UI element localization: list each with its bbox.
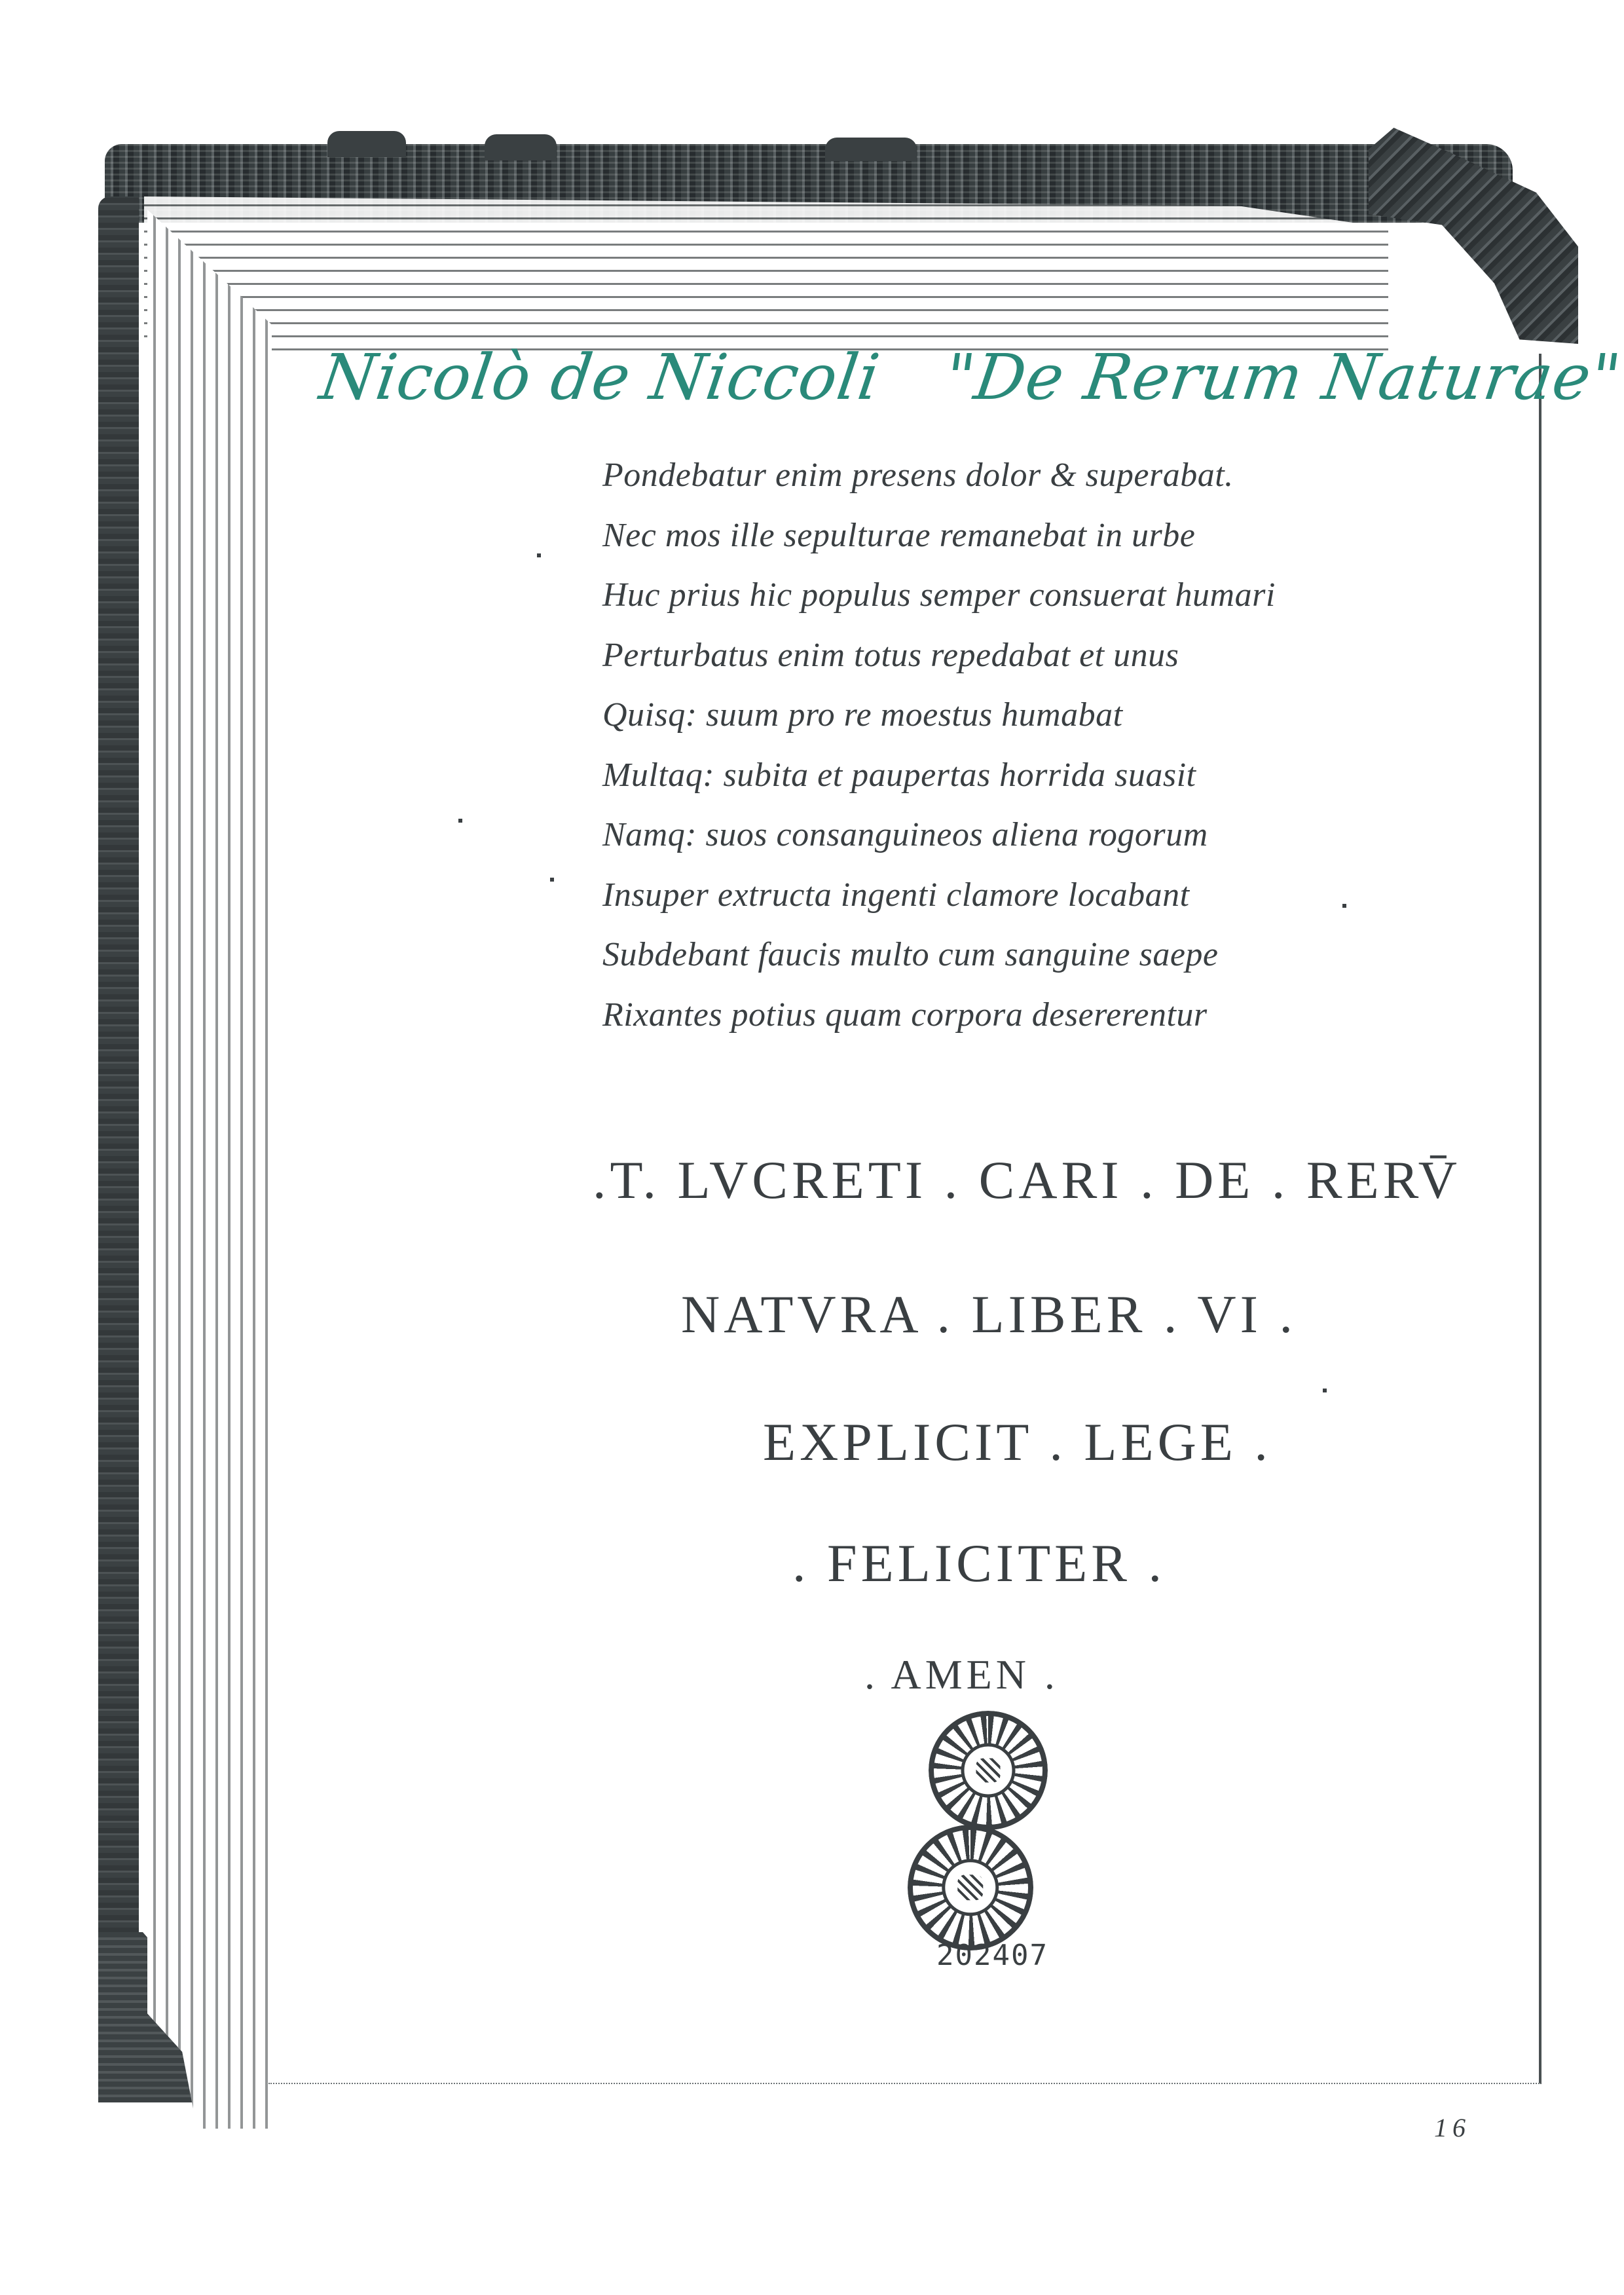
scan-speck xyxy=(537,553,541,557)
verse-line: Multaq: subita et paupertas horrida suas… xyxy=(602,745,1401,806)
verse-line: Perturbatus enim totus repedabat et unus xyxy=(602,625,1401,686)
verse-line: Subdebant faucis multo cum sanguine saep… xyxy=(602,925,1401,985)
explicit-line-explicit: EXPLICIT . LEGE . xyxy=(763,1411,1272,1473)
verse-line: Pondebatur enim presens dolor & superaba… xyxy=(602,445,1401,506)
verse-line: Quisq: suum pro re moestus humabat xyxy=(602,685,1401,745)
library-stamp-icon xyxy=(929,1711,1048,1830)
scan-speck xyxy=(550,878,554,882)
explicit-line-amen: . AMEN . xyxy=(864,1651,1059,1699)
page-number: 16 xyxy=(1434,2112,1471,2143)
cover-wear-bump xyxy=(825,138,917,161)
library-stamp-icon xyxy=(908,1825,1033,1950)
scan-speck xyxy=(1342,904,1346,908)
explicit-line-book: NATVRA . LIBER . VI . xyxy=(681,1284,1297,1345)
manuscript-verse: Pondebatur enim presens dolor & superaba… xyxy=(602,445,1401,1045)
verse-line: Insuper extructa ingenti clamore locaban… xyxy=(602,865,1401,925)
verse-line: Namq: suos consanguineos aliena rogorum xyxy=(602,805,1401,865)
explicit-line-feliciter: . FELICITER . xyxy=(792,1533,1166,1594)
stamp-emblem-icon xyxy=(942,1859,999,1916)
verse-line: Huc prius hic populus semper consuerat h… xyxy=(602,565,1401,625)
annotation-title: "De Rerum Naturae" xyxy=(940,341,1624,414)
verse-line: Rixantes potius quam corpora desererentu… xyxy=(602,985,1401,1045)
cover-wear-bump xyxy=(327,131,406,157)
explicit-line-title: .T. LVCRETI . CARI . DE . RERV̄ xyxy=(593,1149,1461,1211)
book-cover-left-edge xyxy=(98,196,139,1965)
cover-wear-bump xyxy=(485,134,557,160)
handwritten-annotation: Nicolò de Niccoli "De Rerum Naturae" xyxy=(316,341,1624,414)
scan-speck xyxy=(1323,1389,1327,1392)
page-edges-left xyxy=(147,210,272,2129)
stamp-emblem-icon xyxy=(961,1743,1015,1797)
verse-line: Nec mos ille sepulturae remanebat in urb… xyxy=(602,506,1401,566)
page-edges-top xyxy=(144,196,1388,354)
annotation-author: Nicolò de Niccoli xyxy=(316,341,884,414)
scan-speck xyxy=(458,819,462,823)
catalog-number: 202407 xyxy=(936,1939,1048,1972)
